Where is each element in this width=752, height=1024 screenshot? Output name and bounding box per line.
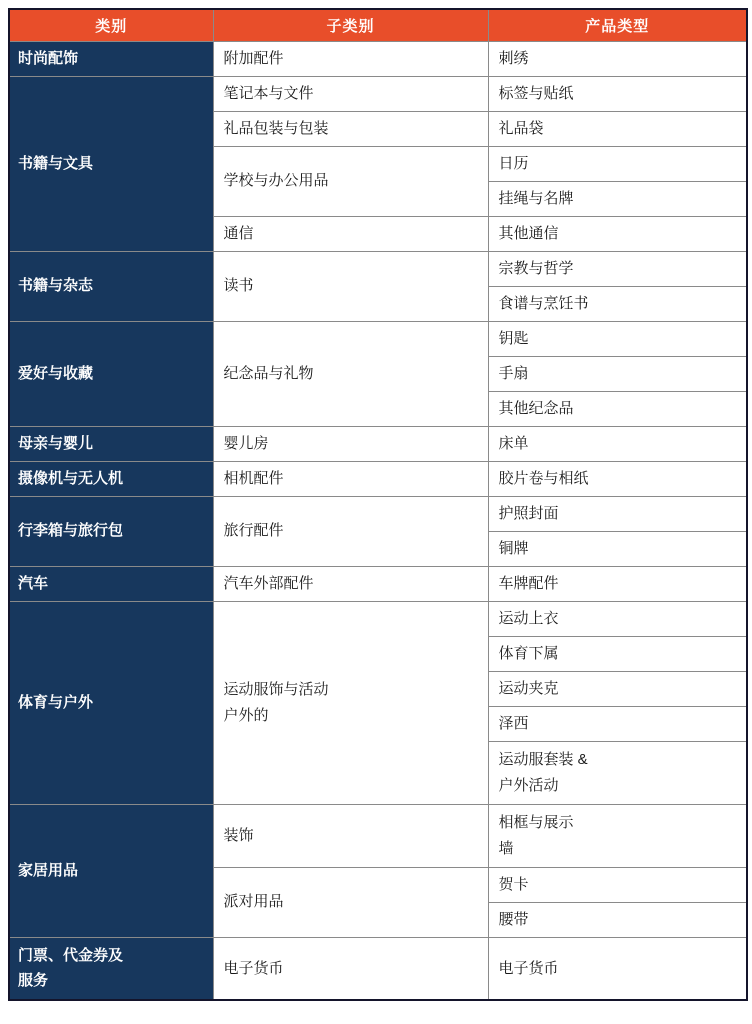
subcategory-cell: 电子货币 [213,937,488,1000]
table-header: 类别 子类别 产品类型 [9,9,747,41]
category-cell: 书籍与杂志 [9,251,213,321]
category-cell: 家居用品 [9,804,213,937]
category-cell: 门票、代金券及 服务 [9,937,213,1000]
category-cell: 书籍与文具 [9,76,213,251]
subcategory-cell: 旅行配件 [213,496,488,566]
category-cell: 时尚配饰 [9,41,213,76]
table-row: 行李箱与旅行包旅行配件护照封面 [9,496,747,531]
product-cell: 手扇 [488,356,747,391]
table-row: 时尚配饰附加配件刺绣 [9,41,747,76]
category-cell: 母亲与婴儿 [9,426,213,461]
product-cell: 运动服套装 & 户外活动 [488,741,747,804]
table-row: 汽车汽车外部配件车牌配件 [9,566,747,601]
table-body: 时尚配饰附加配件刺绣书籍与文具笔记本与文件标签与贴纸礼品包装与包装礼品袋学校与办… [9,41,747,1000]
product-cell: 礼品袋 [488,111,747,146]
product-cell: 宗教与哲学 [488,251,747,286]
product-cell: 体育下属 [488,636,747,671]
subcategory-cell: 相机配件 [213,461,488,496]
subcategory-cell: 婴儿房 [213,426,488,461]
product-cell: 其他通信 [488,216,747,251]
subcategory-cell: 礼品包装与包装 [213,111,488,146]
product-cell: 刺绣 [488,41,747,76]
subcategory-cell: 汽车外部配件 [213,566,488,601]
category-cell: 摄像机与无人机 [9,461,213,496]
product-cell: 电子货币 [488,937,747,1000]
table-row: 母亲与婴儿婴儿房床单 [9,426,747,461]
product-cell: 床单 [488,426,747,461]
subcategory-cell: 学校与办公用品 [213,146,488,216]
product-cell: 护照封面 [488,496,747,531]
subcategory-cell: 附加配件 [213,41,488,76]
product-cell: 挂绳与名牌 [488,181,747,216]
table-row: 体育与户外运动服饰与活动 户外的运动上衣 [9,601,747,636]
category-cell: 体育与户外 [9,601,213,804]
table-row: 书籍与杂志读书宗教与哲学 [9,251,747,286]
table-row: 门票、代金券及 服务电子货币电子货币 [9,937,747,1000]
category-cell: 爱好与收藏 [9,321,213,426]
product-cell: 胶片卷与相纸 [488,461,747,496]
subcategory-cell: 纪念品与礼物 [213,321,488,426]
product-cell: 钥匙 [488,321,747,356]
product-cell: 车牌配件 [488,566,747,601]
table-row: 摄像机与无人机相机配件胶片卷与相纸 [9,461,747,496]
product-cell: 腰带 [488,902,747,937]
table-row: 家居用品装饰相框与展示 墙 [9,804,747,867]
table-row: 书籍与文具笔记本与文件标签与贴纸 [9,76,747,111]
category-cell: 行李箱与旅行包 [9,496,213,566]
product-cell: 运动上衣 [488,601,747,636]
header-cell-category: 类别 [9,9,213,41]
product-cell: 相框与展示 墙 [488,804,747,867]
product-cell: 泽西 [488,706,747,741]
product-cell: 日历 [488,146,747,181]
subcategory-cell: 读书 [213,251,488,321]
subcategory-cell: 派对用品 [213,867,488,937]
product-cell: 铜牌 [488,531,747,566]
category-cell: 汽车 [9,566,213,601]
product-cell: 食谱与烹饪书 [488,286,747,321]
product-cell: 标签与贴纸 [488,76,747,111]
table-header-row: 类别 子类别 产品类型 [9,9,747,41]
header-cell-product-type: 产品类型 [488,9,747,41]
page: 类别 子类别 产品类型 时尚配饰附加配件刺绣书籍与文具笔记本与文件标签与贴纸礼品… [0,0,752,1024]
category-mapping-table: 类别 子类别 产品类型 时尚配饰附加配件刺绣书籍与文具笔记本与文件标签与贴纸礼品… [8,8,748,1001]
subcategory-cell: 装饰 [213,804,488,867]
product-cell: 贺卡 [488,867,747,902]
product-cell: 其他纪念品 [488,391,747,426]
subcategory-cell: 通信 [213,216,488,251]
table-row: 爱好与收藏纪念品与礼物钥匙 [9,321,747,356]
subcategory-cell: 运动服饰与活动 户外的 [213,601,488,804]
header-cell-subcategory: 子类别 [213,9,488,41]
product-cell: 运动夹克 [488,671,747,706]
subcategory-cell: 笔记本与文件 [213,76,488,111]
